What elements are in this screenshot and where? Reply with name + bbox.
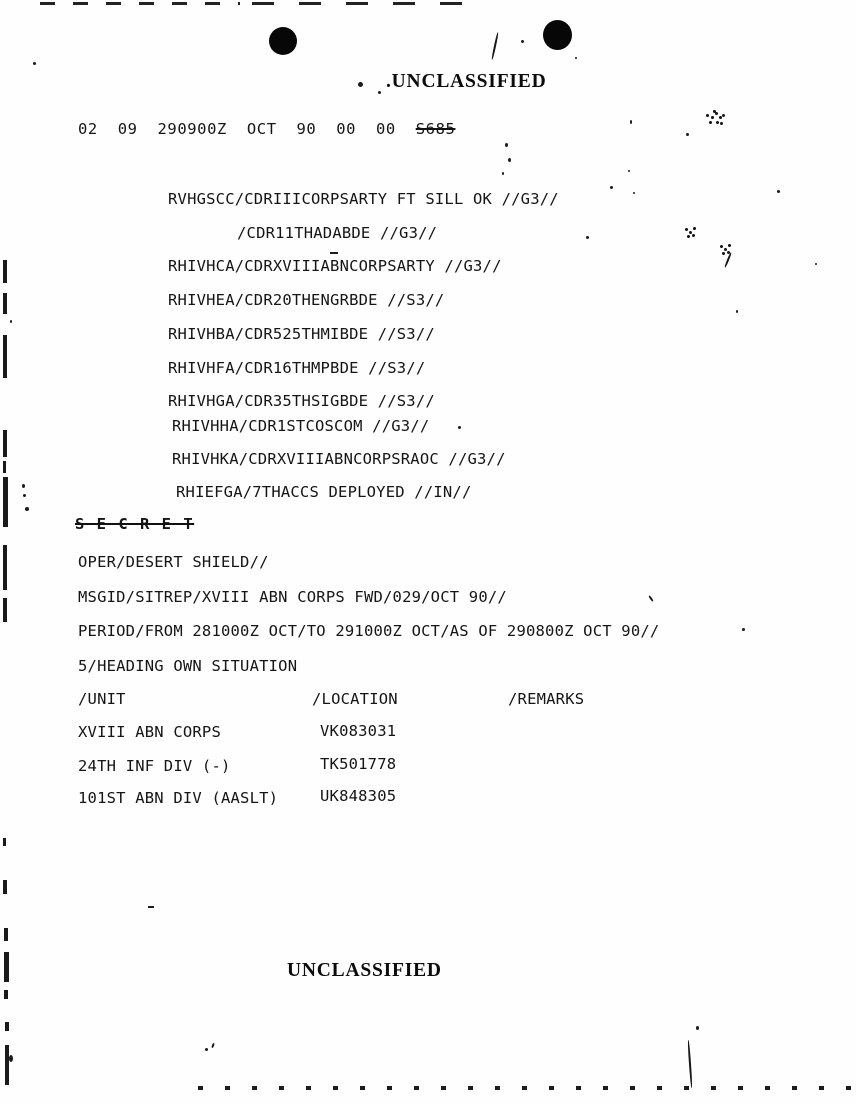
ink-speck-cluster [685,228,688,231]
address-line: RHIVHFA/CDR16THMPBDE //S3// [168,359,425,377]
ink-speck [9,1055,13,1062]
ink-speck [205,1048,208,1051]
scan-edge-dashes [252,2,480,5]
ink-speck [458,426,461,429]
change-bar [3,260,7,283]
change-bar [3,880,7,894]
pen-stroke [724,252,732,268]
col-header-remarks: /REMARKS [508,690,584,708]
change-bar [5,1022,9,1031]
body-line-heading: 5/HEADING OWN SITUATION [78,657,297,675]
change-bar [3,838,6,846]
scan-edge-dots [198,1086,853,1090]
location-cell: UK848305 [320,787,396,805]
body-line-period: PERIOD/FROM 281000Z OCT/TO 291000Z OCT/A… [78,622,659,640]
address-line: RHIVHCA/CDRXVIIIABNCORPSARTY //G3// [168,257,502,275]
ink-speck [10,320,12,323]
scan-edge-dashes [40,2,240,5]
ink-speck [575,57,577,59]
change-bar [3,545,7,590]
ink-speck [815,263,817,265]
ink-speck [628,170,630,172]
change-bar [4,952,9,982]
ink-speck [358,82,363,87]
location-cell: TK501778 [320,755,396,773]
address-line: /CDR11THADABDE //G3// [237,224,437,242]
ink-speck-cluster [706,114,709,117]
ink-speck [736,310,738,313]
change-bar [4,990,8,999]
pen-stroke [211,1043,215,1048]
ink-speck [23,494,26,497]
body-line-oper: OPER/DESERT SHIELD// [78,553,269,571]
unit-cell: 24TH INF DIV (-) [78,757,231,775]
address-line: RHIVHKA/CDRXVIIIABNCORPSRAOC //G3// [172,450,506,468]
unit-cell: XVIII ABN CORPS [78,723,221,741]
ink-speck [508,158,511,162]
address-line: RVHGSCC/CDRIIICORPSARTY FT SILL OK //G3/… [168,190,559,208]
struck-classification: S E C R E T [75,515,194,533]
change-bar [5,1045,9,1085]
ink-speck [148,906,154,908]
col-header-unit: /UNIT [78,690,126,708]
ink-speck [630,120,632,124]
hole-punch-mark [543,20,572,50]
ink-speck [521,40,524,43]
change-bar [3,477,8,527]
pen-stroke [491,32,499,60]
change-bar [4,928,8,941]
unit-cell: 101ST ABN DIV (AASLT) [78,789,278,807]
address-line: RHIEFGA/7THACCS DEPLOYED //IN// [176,483,472,501]
ink-speck [686,133,689,136]
scanned-message-page: .UNCLASSIFIED 02 09 290900Z OCT 90 00 00… [0,0,856,1104]
ink-speck [25,507,29,511]
ink-speck [610,186,613,189]
hole-punch-mark [269,27,297,55]
col-header-location: /LOCATION [312,690,398,708]
change-bar [3,293,7,314]
pen-stroke [687,1040,692,1088]
ink-speck [505,143,508,147]
pen-stroke [648,595,654,602]
ink-speck [777,190,780,193]
ink-speck [633,192,635,194]
message-header-line: 02 09 290900Z OCT 90 00 00 S685 [78,120,455,138]
ink-speck [330,252,338,254]
address-line: RHIVHGA/CDR35THSIGBDE //S3// [168,392,435,410]
ink-speck [742,628,745,631]
body-line-msgid: MSGID/SITREP/XVIII ABN CORPS FWD/029/OCT… [78,588,507,606]
ink-speck-cluster [720,245,723,248]
address-line: RHIVHEA/CDR20THENGRBDE //S3// [168,291,444,309]
change-bar [3,335,7,378]
address-line: RHIVHHA/CDR1STCOSCOM //G3// [172,417,429,435]
classification-banner-bottom: UNCLASSIFIED [287,960,442,982]
ink-speck [378,91,381,94]
ink-speck [696,1026,699,1030]
address-line: RHIVHBA/CDR525THMIBDE //S3// [168,325,435,343]
ink-speck [22,484,25,488]
classification-banner-top: .UNCLASSIFIED [386,71,546,93]
change-bar [3,461,6,473]
struck-code: S685 [416,120,456,138]
ink-speck [33,62,36,65]
change-bar [3,598,7,622]
location-cell: VK083031 [320,722,396,740]
header-prefix: 02 09 290900Z OCT 90 00 00 [78,120,396,138]
ink-speck [586,236,589,239]
ink-speck [502,172,504,175]
change-bar [3,430,7,457]
